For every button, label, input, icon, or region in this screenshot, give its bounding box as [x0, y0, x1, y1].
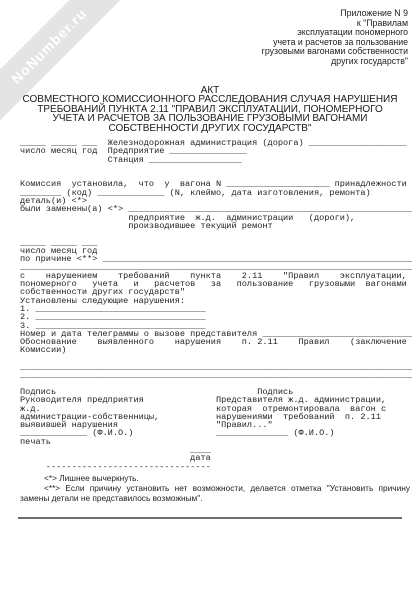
form-line: _____________ (Ф.И.О.) ______________ (Ф…	[20, 429, 416, 437]
appendix-reference: Приложение N 9 к "Правилам эксплуатации …	[262, 9, 408, 67]
watermark-text: NoNumber.ru	[8, 5, 90, 87]
form-line: Обоснование выявленного нарушения п. 2.1…	[20, 338, 416, 346]
appendix-line: других государств"	[262, 57, 408, 67]
page-bottom-rule	[18, 517, 402, 519]
form-line	[20, 164, 416, 172]
footnote-item: <**> Если причину установить нет возможн…	[20, 484, 410, 504]
form-body: _____ _____ ___ Железнодорожная админист…	[20, 139, 416, 471]
form-line: --------------------------------	[20, 463, 416, 471]
document-title: АКТ СОВМЕСТНОГО КОМИССИОННОГО РАССЛЕДОВА…	[0, 86, 420, 133]
form-line: ________________________________________…	[20, 371, 416, 379]
form-line: Комиссии)	[20, 346, 416, 354]
form-line: Станция __________________	[20, 156, 416, 164]
title-line: СОБСТВЕННОСТИ ДРУГИХ ГОСУДАРСТВ"	[0, 124, 420, 133]
footnotes: <*> Лишнее вычеркнуть. <**> Если причину…	[20, 474, 410, 503]
form-line: производившее текущий ремонт	[20, 222, 416, 230]
document-page: NoNumber.ru Приложение N 9 к "Правилам э…	[0, 0, 420, 600]
